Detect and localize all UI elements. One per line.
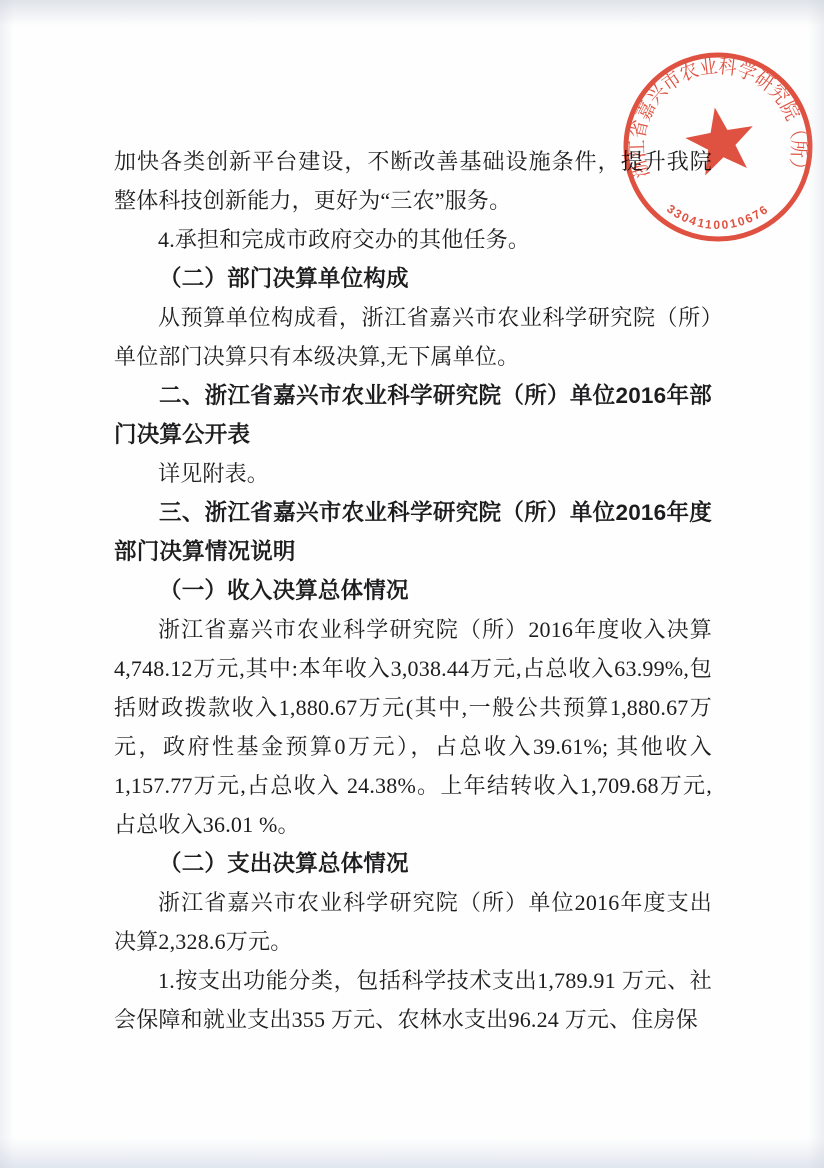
paragraph-p7: 三、浙江省嘉兴市农业科学研究院（所）单位2016年度部门决算情况说明	[114, 493, 712, 571]
document-page: 浙江省嘉兴市农业科学研究院（所） 3304110010676 加快各类创新平台建…	[0, 0, 824, 1168]
paragraph-p8: （一）收入决算总体情况	[114, 571, 712, 610]
document-body: 加快各类创新平台建设，不断改善基础设施条件，提升我院整体科技创新能力，更好为“三…	[114, 142, 712, 1039]
paragraph-p4: 从预算单位构成看，浙江省嘉兴市农业科学研究院（所）单位部门决算只有本级决算,无下…	[114, 298, 712, 376]
paragraph-p1: 加快各类创新平台建设，不断改善基础设施条件，提升我院整体科技创新能力，更好为“三…	[114, 142, 712, 220]
paragraph-list: 加快各类创新平台建设，不断改善基础设施条件，提升我院整体科技创新能力，更好为“三…	[114, 142, 712, 1039]
paragraph-p11: 浙江省嘉兴市农业科学研究院（所）单位2016年度支出决算2,328.6万元。	[114, 883, 712, 961]
paragraph-p6: 详见附表。	[114, 454, 712, 493]
paragraph-p9: 浙江省嘉兴市农业科学研究院（所）2016年度收入决算4,748.12万元,其中:…	[114, 610, 712, 844]
paragraph-p12: 1.按支出功能分类，包括科学技术支出1,789.91 万元、社会保障和就业支出3…	[114, 961, 712, 1039]
paragraph-p10: （二）支出决算总体情况	[114, 844, 712, 883]
paragraph-p2: 4.承担和完成市政府交办的其他任务。	[114, 220, 712, 259]
paragraph-p5: 二、浙江省嘉兴市农业科学研究院（所）单位2016年部门决算公开表	[114, 376, 712, 454]
paragraph-p3: （二）部门决算单位构成	[114, 259, 712, 298]
